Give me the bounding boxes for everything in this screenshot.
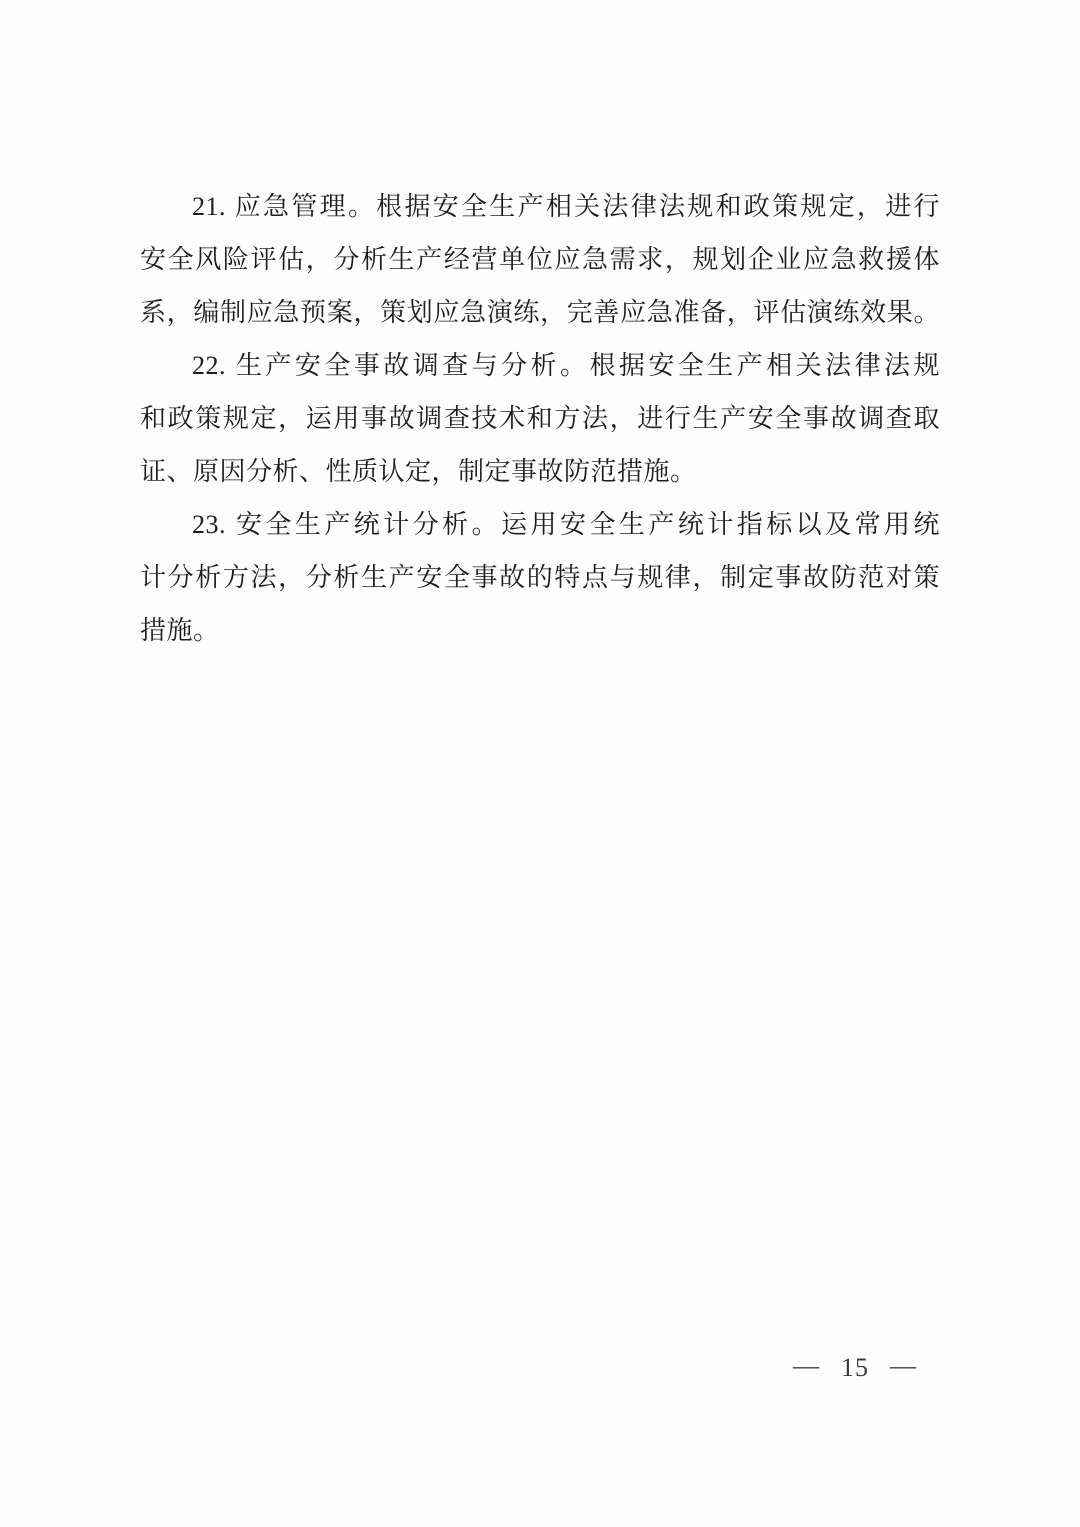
paragraph-22-line-2: 和政策规定，运用事故调查技术和方法，进行生产安全事故调查取 (140, 392, 940, 445)
paragraph-23-line-1: 23. 安全生产统计分析。运用安全生产统计指标以及常用统 (140, 498, 940, 551)
page-footer: — 15 — (793, 1353, 917, 1383)
document-body: 21. 应急管理。根据安全生产相关法律法规和政策规定，进行安全风险评估，分析生产… (140, 180, 940, 657)
paragraph-23-line-2: 计分析方法，分析生产安全事故的特点与规律，制定事故防范对策 (140, 551, 940, 604)
document-page: 21. 应急管理。根据安全生产相关法律法规和政策规定，进行安全风险评估，分析生产… (0, 0, 1080, 1527)
paragraph-21-line-1: 21. 应急管理。根据安全生产相关法律法规和政策规定，进行 (140, 180, 940, 233)
footer-dash-left: — (793, 1351, 820, 1381)
paragraph-21-line-2: 安全风险评估，分析生产经营单位应急需求，规划企业应急救援体 (140, 233, 940, 286)
paragraph-21-line-3: 系，编制应急预案，策划应急演练，完善应急准备，评估演练效果。 (140, 286, 940, 339)
paragraph-23-line-3: 措施。 (140, 604, 940, 657)
footer-dash-right: — (890, 1351, 917, 1381)
paragraph-22-line-3: 证、原因分析、性质认定，制定事故防范措施。 (140, 445, 940, 498)
page-number: 15 (841, 1353, 869, 1383)
paragraph-22-line-1: 22. 生产安全事故调查与分析。根据安全生产相关法律法规 (140, 339, 940, 392)
